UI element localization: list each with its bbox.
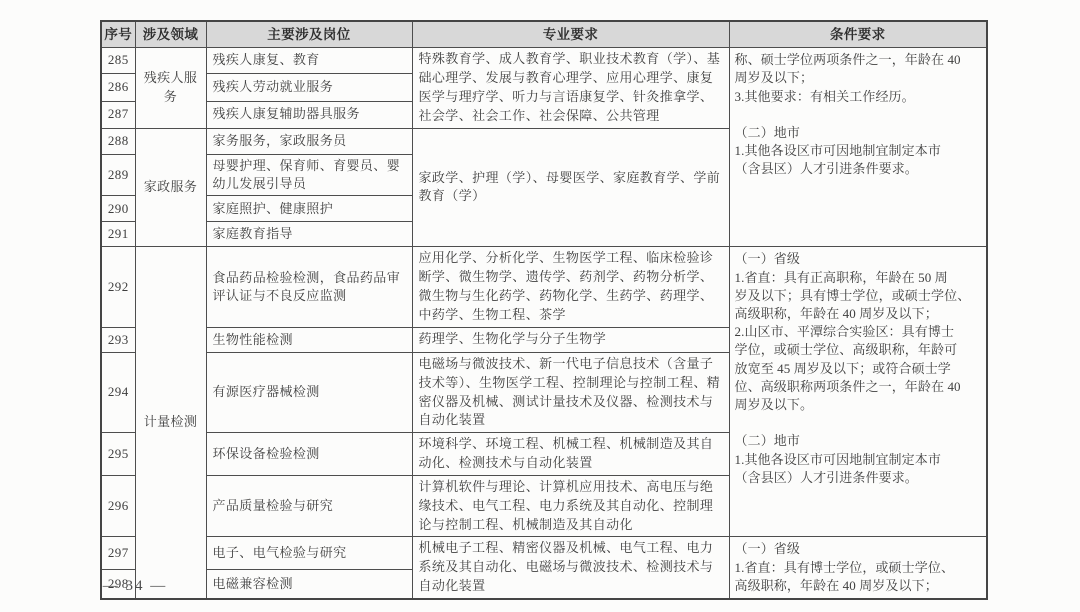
position-cell: 食品药品检验检测，食品药品审评认证与不良反应监测 <box>206 247 412 327</box>
position-cell: 家庭教育指导 <box>206 222 412 247</box>
position-cell: 电磁兼容检测 <box>206 570 412 599</box>
field-metrology-testing: 计量检测 <box>135 247 206 599</box>
majors-cell-295: 环境科学、环境工程、机械工程、机械制造及其自动化、检测技术与自动化装置 <box>412 433 729 476</box>
table-header-row: 序号 涉及领域 主要涉及岗位 专业要求 条件要求 <box>101 21 987 48</box>
row-no: 292 <box>101 247 135 327</box>
row-no: 296 <box>101 475 135 537</box>
row-no: 287 <box>101 101 135 128</box>
position-cell: 家庭照护、健康照护 <box>206 196 412 222</box>
position-cell: 母婴护理、保育师、育婴员、婴幼儿发展引导员 <box>206 154 412 196</box>
header-no: 序号 <box>101 21 135 48</box>
position-cell: 残疾人康复、教育 <box>206 48 412 74</box>
row-no: 291 <box>101 222 135 247</box>
position-cell: 产品质量检验与研究 <box>206 475 412 537</box>
table-row: 292 计量检测 食品药品检验检测，食品药品审评认证与不良反应监测 应用化学、分… <box>101 247 987 327</box>
position-cell: 残疾人康复辅助器具服务 <box>206 101 412 128</box>
majors-cell-294: 电磁场与微波技术、新一代电子信息技术（含量子技术等）、生物医学工程、控制理论与控… <box>412 352 729 432</box>
row-no: 286 <box>101 73 135 101</box>
conditions-cell-297-298: （一）省级 1.省直：具有博士学位，或硕士学位、 高级职称，年龄在 40 周岁及… <box>729 537 987 599</box>
position-cell: 生物性能检测 <box>206 327 412 352</box>
row-no: 288 <box>101 128 135 154</box>
position-cell: 电子、电气检验与研究 <box>206 537 412 570</box>
majors-cell-293: 药理学、生物化学与分子生物学 <box>412 327 729 352</box>
row-no: 295 <box>101 433 135 476</box>
row-no: 297 <box>101 537 135 570</box>
page-number: — 34 — <box>100 578 170 595</box>
row-no: 289 <box>101 154 135 196</box>
header-field: 涉及领域 <box>135 21 206 48</box>
position-cell: 有源医疗器械检测 <box>206 352 412 432</box>
field-housekeeping-services: 家政服务 <box>135 128 206 247</box>
field-disability-services: 残疾人服务 <box>135 48 206 128</box>
row-no: 294 <box>101 352 135 432</box>
talent-positions-table: 序号 涉及领域 主要涉及岗位 专业要求 条件要求 285 残疾人服务 残疾人康复… <box>100 20 988 600</box>
position-cell: 残疾人劳动就业服务 <box>206 73 412 101</box>
header-positions: 主要涉及岗位 <box>206 21 412 48</box>
majors-cell-285-287: 特殊教育学、成人教育学、职业技术教育（学）、基础心理学、发展与教育心理学、应用心… <box>412 48 729 128</box>
majors-cell-292: 应用化学、分析化学、生物医学工程、临床检验诊断学、微生物学、遗传学、药剂学、药物… <box>412 247 729 327</box>
position-cell: 环保设备检验检测 <box>206 433 412 476</box>
row-no: 290 <box>101 196 135 222</box>
conditions-cell-285-291: 称、硕士学位两项条件之一，年龄在 40 周岁及以下； 3.其他要求：有相关工作经… <box>729 48 987 247</box>
header-conditions: 条件要求 <box>729 21 987 48</box>
majors-cell-296: 计算机软件与理论、计算机应用技术、高电压与绝缘技术、电气工程、电力系统及其自动化… <box>412 475 729 537</box>
row-no: 285 <box>101 48 135 74</box>
majors-cell-288-291: 家政学、护理（学）、母婴医学、家庭教育学、学前教育（学） <box>412 128 729 247</box>
table-row: 285 残疾人服务 残疾人康复、教育 特殊教育学、成人教育学、职业技术教育（学）… <box>101 48 987 74</box>
header-majors: 专业要求 <box>412 21 729 48</box>
majors-cell-297-298: 机械电子工程、精密仪器及机械、电气工程、电力系统及其自动化、电磁场与微波技术、检… <box>412 537 729 599</box>
conditions-cell-292-296: （一）省级 1.省直：具有正高职称，年龄在 50 周 岁及以下；具有博士学位，或… <box>729 247 987 537</box>
document-page: 序号 涉及领域 主要涉及岗位 专业要求 条件要求 285 残疾人服务 残疾人康复… <box>0 0 1080 612</box>
row-no: 293 <box>101 327 135 352</box>
table-row: 297 电子、电气检验与研究 机械电子工程、精密仪器及机械、电气工程、电力系统及… <box>101 537 987 570</box>
position-cell: 家务服务，家政服务员 <box>206 128 412 154</box>
